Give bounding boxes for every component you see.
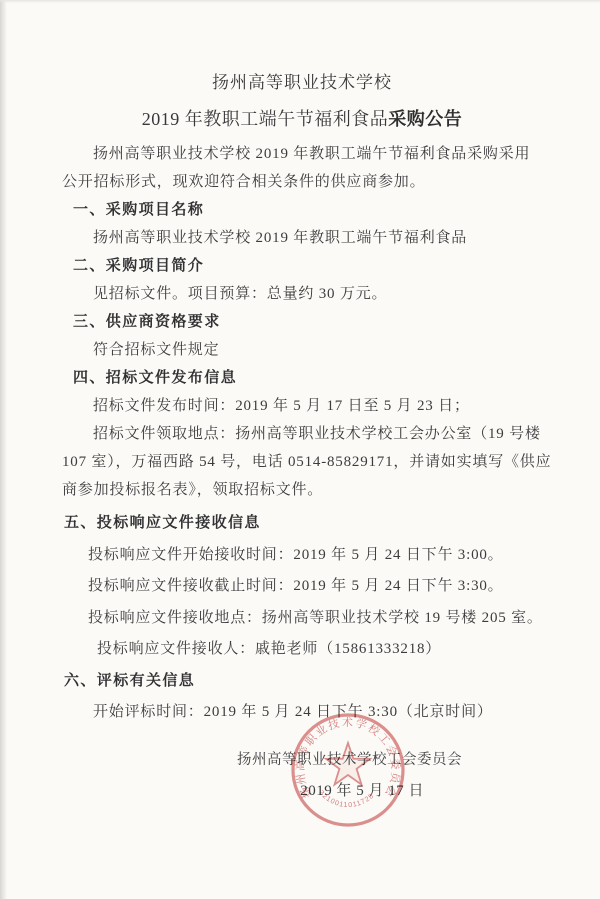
signature-date: 2019 年 5 月 17 日 (62, 780, 542, 802)
document-body: 扬州高等职业技术学校 2019 年教职工端午节福利食品采购采用 公开招标形式，现… (62, 140, 542, 729)
section-6-line-1: 开始评标时间：2019 年 5 月 24 日下午 3:30（北京时间） (62, 697, 542, 729)
section-4-heading: 四、招标文件发布信息 (62, 364, 542, 392)
scan-edge-shadow-top (0, 0, 600, 3)
section-1-heading: 一、采购项目名称 (62, 196, 542, 224)
document-subtitle: 2019 年教职工端午节福利食品采购公告 (62, 108, 542, 130)
section-4-line-3: 107 室），万福西路 54 号，电话 0514-85829171，并请如实填写… (62, 448, 542, 476)
section-5-line-3: 投标响应文件接收地点：扬州高等职业技术学校 19 号楼 205 室。 (62, 603, 542, 635)
document-page: 扬州高等职业技术学校 2019 年教职工端午节福利食品采购公告 扬州高等职业技术… (0, 0, 600, 899)
scan-edge-shadow (0, 0, 7, 899)
paragraph-intro-line-1: 扬州高等职业技术学校 2019 年教职工端午节福利食品采购采用 (62, 140, 542, 168)
subtitle-main: 2019 年教职工端午节福利食品 (142, 109, 389, 129)
section-3-text: 符合招标文件规定 (62, 336, 542, 364)
section-1-text: 扬州高等职业技术学校 2019 年教职工端午节福利食品 (62, 224, 542, 252)
section-5-heading: 五、投标响应文件接收信息 (62, 508, 542, 540)
paragraph-intro-line-2: 公开招标形式，现欢迎符合相关条件的供应商参加。 (62, 168, 542, 196)
section-6-heading: 六、评标有关信息 (62, 666, 542, 698)
section-2-heading: 二、采购项目简介 (62, 252, 542, 280)
section-2-text: 见招标文件。项目预算：总量约 30 万元。 (62, 280, 542, 308)
section-4-line-1: 招标文件发布时间：2019 年 5 月 17 日至 5 月 23 日； (62, 392, 542, 420)
section-5-line-1: 投标响应文件开始接收时间：2019 年 5 月 24 日下午 3:00。 (62, 540, 542, 572)
document-content: 扬州高等职业技术学校 2019 年教职工端午节福利食品采购公告 扬州高等职业技术… (62, 72, 542, 802)
document-title: 扬州高等职业技术学校 (62, 72, 542, 94)
section-5-line-2: 投标响应文件接收截止时间：2019 年 5 月 24 日下午 3:30。 (62, 571, 542, 603)
section-4-line-2: 招标文件领取地点：扬州高等职业技术学校工会办公室（19 号楼 (62, 420, 542, 448)
section-3-heading: 三、供应商资格要求 (62, 308, 542, 336)
section-4-line-4: 商参加投标报名表》，领取招标文件。 (62, 476, 542, 504)
subtitle-bold: 采购公告 (388, 109, 462, 129)
section-5-line-4: 投标响应文件接收人：戚艳老师（15861333218） (62, 634, 542, 666)
signature-organization: 扬州高等职业技术学校工会委员会 (62, 749, 542, 771)
